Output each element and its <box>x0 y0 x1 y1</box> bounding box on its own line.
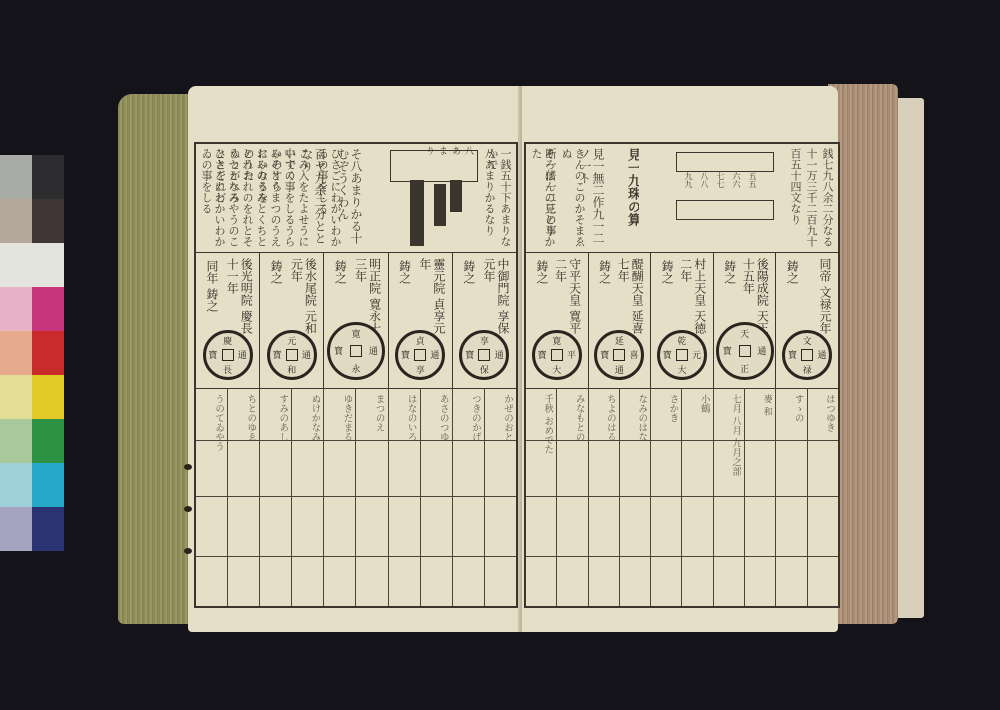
cast-note: 鋳之 <box>597 260 614 284</box>
table-cell-text: 七月 八月 九月之部 <box>730 394 741 594</box>
coin-column: 後光明院 慶長十一年同年 鋳之慶通長寶 <box>196 252 259 388</box>
table-cell-text: つきのかげ <box>470 394 481 594</box>
book-fore-edge-left <box>118 94 196 624</box>
left-page: 一銭五十下あまりなかで 八あまりかるなり 八あまり ひさごにわかいわかゐの事をし… <box>188 86 522 632</box>
header-dark-block <box>434 184 446 226</box>
cast-note: 鋳之 <box>332 260 349 284</box>
table-cell-text: ぬけかなみ <box>309 394 320 594</box>
color-swatch <box>0 243 64 287</box>
abacus-label: 九九 <box>682 172 695 198</box>
left-text-table: うのてゐやうちとのゆゑすみのあしぬけかなみゆきだまるまつのえはなのいろあさのつゆ… <box>196 388 516 606</box>
coin-character: 天 <box>736 327 753 340</box>
header-text-column: そ八あまりかる十むぞうくわん <box>336 148 362 248</box>
coin-square-hole <box>414 349 426 361</box>
right-page-header: そろばんの見とりかた 断一倍一二三の事 きんのこのかそまゑぬ 見一無二作九一二ノ… <box>526 144 838 253</box>
coin-column: 明正院 寛永十三年鋳之寛通永寶 <box>323 252 387 388</box>
color-swatch <box>32 331 64 375</box>
coin-character: 乾 <box>675 334 690 347</box>
table-cell-text: あさのつゆ <box>438 394 449 594</box>
table-cell-text: はなのいろ <box>406 394 417 594</box>
color-swatch <box>0 463 32 507</box>
coin-illustration: 寛通永寶 <box>327 322 385 380</box>
coin-illustration: 貞通享寶 <box>395 330 445 380</box>
coin-character: 通 <box>612 363 627 376</box>
cast-note: 鋳之 <box>534 260 551 284</box>
color-swatch <box>0 287 32 331</box>
coin-character: 寶 <box>462 348 477 361</box>
coin-character: 延 <box>612 334 627 347</box>
header-text-column: 八あまりかるなり <box>483 148 496 248</box>
color-swatch <box>0 331 32 375</box>
coin-character: 寶 <box>785 348 800 361</box>
header-text-column: 見一無二作九一二ノ一ト <box>578 148 604 248</box>
color-swatch <box>32 463 64 507</box>
coin-square-hole <box>222 349 234 361</box>
coin-character: 通 <box>365 344 382 357</box>
right-text-table: 千秋 おめでたみなもとのちよのはるなみのはなさかき小鶴七月 八月 九月之部麥 和… <box>526 388 838 606</box>
era-label: 守平天皇 寛平二年 <box>554 258 582 338</box>
table-column: すゝの <box>775 388 806 606</box>
color-swatch <box>32 287 64 331</box>
table-column: つきのかげ <box>452 388 484 606</box>
table-column: はつゆき <box>807 388 838 606</box>
coin-character: 寶 <box>597 348 612 361</box>
coin-square-hole <box>739 345 751 357</box>
table-cell-text: ちとのゆゑ <box>245 394 256 594</box>
coin-column: 後水尾院 元和元年鋳之元通和寶 <box>259 252 323 388</box>
calibration-row <box>0 419 64 463</box>
color-swatch <box>0 419 32 463</box>
header-dark-block <box>410 180 424 246</box>
cast-note: 同年 鋳之 <box>204 260 221 312</box>
era-label: 醍醐天皇 延喜七年 <box>616 258 644 338</box>
table-column: まつのえ <box>355 388 387 606</box>
coin-illustration: 寛平大寶 <box>532 330 582 380</box>
abacus-diagram-bottom <box>676 200 774 220</box>
coin-character: 寛 <box>347 327 364 340</box>
table-column: はなのいろ <box>388 388 420 606</box>
coin-illustration: 元通和寶 <box>267 330 317 380</box>
coin-illustration: 慶通長寶 <box>203 330 253 380</box>
calibration-row <box>0 331 64 375</box>
table-column: 七月 八月 九月之部 <box>713 388 744 606</box>
coin-character: 通 <box>753 344 770 357</box>
color-swatch <box>0 507 32 551</box>
coin-column: 同帝 文禄元年鋳之文通禄寶 <box>775 252 838 388</box>
coin-character: 喜 <box>627 348 642 361</box>
cast-note: 鋳之 <box>461 260 478 284</box>
header-text-column: 百五十四文なり <box>789 148 802 248</box>
color-swatch <box>0 375 32 419</box>
table-column: うのてゐやう <box>196 388 227 606</box>
coin-character: 寶 <box>206 348 221 361</box>
abacus-diagram-top <box>676 152 774 172</box>
coin-column: 後陽成院 天正十五年鋳之天通正寶 <box>713 252 776 388</box>
coin-character: 寶 <box>719 344 736 357</box>
coin-character: 通 <box>428 348 443 361</box>
coin-character: 文 <box>800 334 815 347</box>
cast-note: 鋳之 <box>659 260 676 284</box>
table-column: ぬけかなみ <box>291 388 323 606</box>
coin-column: 守平天皇 寛平二年鋳之寛平大寶 <box>526 252 588 388</box>
calibration-row <box>0 199 64 243</box>
coin-character: 享 <box>413 363 428 376</box>
coin-character: 禄 <box>800 363 815 376</box>
coin-character: 寶 <box>330 344 347 357</box>
cast-note: 鋳之 <box>784 260 801 284</box>
coin-square-hole <box>286 349 298 361</box>
table-cell-text: すみのあし <box>277 394 288 594</box>
color-swatch <box>32 419 64 463</box>
coin-column: 中御門院 享保元年鋳之享通保寶 <box>452 252 516 388</box>
coin-character: 通 <box>815 348 830 361</box>
binding-hole <box>184 506 192 512</box>
coin-character: 平 <box>564 348 579 361</box>
binding-hole <box>184 548 192 554</box>
header-text-column: 断一倍一二三の事 <box>544 148 557 248</box>
abacus-label: 六六 <box>730 172 743 198</box>
table-column: ちとのゆゑ <box>227 388 259 606</box>
header-dark-block <box>450 180 462 212</box>
table-column: 千秋 おめでた <box>526 388 556 606</box>
coin-character: 寶 <box>398 348 413 361</box>
binding-hole <box>184 464 192 470</box>
table-cell-text: さかき <box>667 394 678 594</box>
era-label: 後水尾院 元和元年 <box>289 258 317 338</box>
table-cell-text: はつゆき <box>824 394 835 594</box>
coin-square-hole <box>478 349 490 361</box>
coin-column: 村上天皇 天徳二年鋳之乾元大寶 <box>650 252 713 388</box>
coin-character: 慶 <box>220 334 235 347</box>
table-column: なみのはな <box>619 388 650 606</box>
table-column: 小鶴 <box>681 388 712 606</box>
coin-character: 大 <box>549 363 564 376</box>
coin-column: 醍醐天皇 延喜七年鋳之延喜通寶 <box>588 252 651 388</box>
calibration-row <box>0 155 64 199</box>
coin-character: 元 <box>689 348 704 361</box>
calibration-row <box>0 463 64 507</box>
table-cell-text: みなもとの <box>574 394 585 594</box>
table-cell-text: かぜのおと <box>502 394 513 594</box>
era-label: 後光明院 慶長十一年 <box>225 258 253 338</box>
abacus-label: 五五 <box>746 172 759 198</box>
coin-illustration: 乾元大寶 <box>657 330 707 380</box>
coin-character: 寛 <box>549 334 564 347</box>
table-column: 麥 和 <box>744 388 775 606</box>
color-calibration-chart <box>0 155 64 551</box>
table-column: かぜのおと <box>484 388 516 606</box>
cast-note: 鋳之 <box>268 260 285 284</box>
table-cell-text: うのてゐやう <box>213 394 224 594</box>
table-cell-text: 麥 和 <box>761 394 772 594</box>
table-column: みなもとの <box>556 388 587 606</box>
left-page-header: 一銭五十下あまりなかで 八あまりかるなり 八あまり ひさごにわかいわかゐの事をし… <box>196 144 516 253</box>
left-page-frame: 一銭五十下あまりなかで 八あまりかるなり 八あまり ひさごにわかいわかゐの事をし… <box>194 142 518 608</box>
calibration-row <box>0 375 64 419</box>
table-cell-text: 千秋 おめでた <box>542 394 553 594</box>
coin-character: 永 <box>347 362 364 375</box>
right-page-frame: そろばんの見とりかた 断一倍一二三の事 きんのこのかそまゑぬ 見一無二作九一二ノ… <box>524 142 840 608</box>
table-cell-text: まつのえ <box>374 394 385 594</box>
era-label: 村上天皇 天徳二年 <box>679 258 707 338</box>
era-label: 中御門院 享保元年 <box>482 258 510 338</box>
coin-character: 寶 <box>270 348 285 361</box>
coin-square-hole <box>676 349 688 361</box>
coin-character: 享 <box>477 334 492 347</box>
cast-note: 鋳之 <box>722 260 739 284</box>
color-swatch <box>0 155 32 199</box>
coin-illustration: 延喜通寶 <box>594 330 644 380</box>
coin-character: 寶 <box>535 348 550 361</box>
coin-character: 正 <box>736 362 753 375</box>
abacus-label: 七七 <box>714 172 727 198</box>
coin-square-hole <box>613 349 625 361</box>
header-text-column: 百ヤ九余二分ととなり <box>300 148 326 248</box>
table-column: さかき <box>650 388 681 606</box>
header-box-label: 八あまり <box>422 146 474 160</box>
table-cell-text: すゝの <box>793 394 804 594</box>
color-swatch <box>32 375 64 419</box>
table-cell-text: ちよのはる <box>605 394 616 594</box>
coin-character: 通 <box>492 348 507 361</box>
cast-note: 鋳之 <box>397 260 414 284</box>
color-swatch <box>32 507 64 551</box>
header-text-column: 銭七九八余二分なる <box>821 148 834 248</box>
coin-character: 長 <box>220 363 235 376</box>
table-column: ゆきだまる <box>323 388 355 606</box>
table-column: あさのつゆ <box>420 388 452 606</box>
right-page: そろばんの見とりかた 断一倍一二三の事 きんのこのかそまゑぬ 見一無二作九一二ノ… <box>522 86 838 632</box>
coin-character: 元 <box>284 334 299 347</box>
coin-square-hole <box>350 345 362 357</box>
coin-character: 貞 <box>413 334 428 347</box>
coin-character: 大 <box>675 363 690 376</box>
table-column: すみのあし <box>259 388 291 606</box>
color-swatch <box>32 199 64 243</box>
right-coin-row: 守平天皇 寛平二年鋳之寛平大寶醍醐天皇 延喜七年鋳之延喜通寶村上天皇 天徳二年鋳… <box>526 252 838 389</box>
coin-square-hole <box>551 349 563 361</box>
coin-square-hole <box>801 349 813 361</box>
calibration-row <box>0 507 64 551</box>
table-column: ちよのはる <box>588 388 619 606</box>
coin-illustration: 文通禄寶 <box>782 330 832 380</box>
header-title-column: 見一九珠の算 <box>626 148 639 248</box>
calibration-row <box>0 243 64 287</box>
coin-illustration: 享通保寶 <box>459 330 509 380</box>
color-swatch <box>32 155 64 199</box>
abacus-label: 八八 <box>698 172 711 198</box>
color-swatch <box>0 199 32 243</box>
era-label: 靈元院 貞享元年 <box>418 258 446 338</box>
era-label: 同帝 文禄元年 <box>818 258 832 338</box>
header-text-column: 十一万三千二百九十 <box>805 148 818 248</box>
table-cell-text: 小鶴 <box>699 394 710 594</box>
left-coin-row: 後光明院 慶長十一年同年 鋳之慶通長寶後水尾院 元和元年鋳之元通和寶明正院 寛永… <box>196 252 516 389</box>
coin-character: 通 <box>235 348 250 361</box>
open-book: 一銭五十下あまりなかで 八あまりかるなり 八あまり ひさごにわかいわかゐの事をし… <box>118 84 924 632</box>
calibration-row <box>0 287 64 331</box>
coin-character: 和 <box>284 363 299 376</box>
coin-character: 保 <box>477 363 492 376</box>
coin-illustration: 天通正寶 <box>716 322 774 380</box>
coin-column: 靈元院 貞享元年鋳之貞通享寶 <box>388 252 452 388</box>
table-cell-text: ゆきだまる <box>341 394 352 594</box>
table-cell-text: なみのはな <box>636 394 647 594</box>
coin-character: 寶 <box>660 348 675 361</box>
coin-character: 通 <box>299 348 314 361</box>
